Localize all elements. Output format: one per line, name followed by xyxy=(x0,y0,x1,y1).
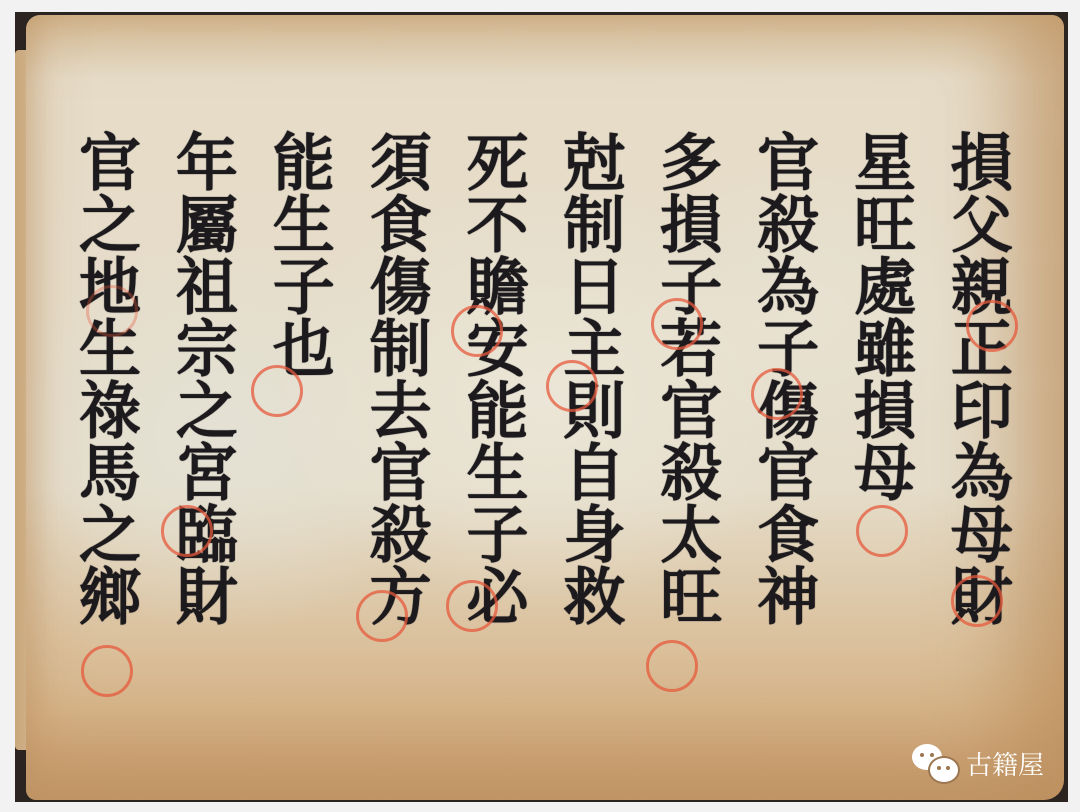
text-column: 多損子若官殺太旺 xyxy=(642,130,730,730)
red-circle-mark xyxy=(546,360,598,412)
red-circle-mark xyxy=(966,300,1018,352)
text-column: 能生子也 xyxy=(255,130,343,730)
red-circle-mark xyxy=(356,590,408,642)
column-text: 多損子若官殺太旺 xyxy=(654,130,719,626)
column-text: 官之地生祿馬之鄉 xyxy=(73,130,138,626)
manuscript-page: 損父親正印為母財 星旺處雖損母 官殺為子傷官食神 多損子若官殺太旺 尅制日主則自… xyxy=(26,15,1064,800)
red-circle-mark xyxy=(646,640,698,692)
red-circle-mark xyxy=(251,365,303,417)
red-circle-mark xyxy=(451,305,503,357)
red-circle-mark xyxy=(751,368,803,420)
text-column: 尅制日主則自身救 xyxy=(545,130,633,730)
red-circle-mark xyxy=(651,298,703,350)
red-circle-mark xyxy=(856,505,908,557)
red-circle-mark xyxy=(951,575,1003,627)
text-column: 須食傷制去官殺方 xyxy=(352,130,440,730)
column-text: 須食傷制去官殺方 xyxy=(363,130,428,626)
text-column: 損父親正印為母財 xyxy=(933,130,1021,730)
column-text: 損父親正印為母財 xyxy=(944,130,1009,626)
red-circle-mark xyxy=(86,285,138,337)
text-column: 官之地生祿馬之鄉 xyxy=(61,130,149,730)
wechat-icon xyxy=(912,744,958,782)
red-circle-mark xyxy=(81,645,133,697)
manuscript-text: 損父親正印為母財 星旺處雖損母 官殺為子傷官食神 多損子若官殺太旺 尅制日主則自… xyxy=(61,130,1021,730)
column-text: 能生子也 xyxy=(266,130,331,378)
watermark: 古籍屋 xyxy=(912,744,1044,782)
column-text: 星旺處雖損母 xyxy=(848,130,913,502)
red-circle-mark xyxy=(446,580,498,632)
text-column: 死不贍安能生子必 xyxy=(449,130,537,730)
watermark-label: 古籍屋 xyxy=(966,745,1044,782)
red-circle-mark xyxy=(161,505,213,557)
text-column: 官殺為子傷官食神 xyxy=(739,130,827,730)
text-column: 星旺處雖損母 xyxy=(836,130,924,730)
text-column: 年屬祖宗之宮臨財 xyxy=(158,130,246,730)
column-text: 死不贍安能生子必 xyxy=(460,130,525,626)
